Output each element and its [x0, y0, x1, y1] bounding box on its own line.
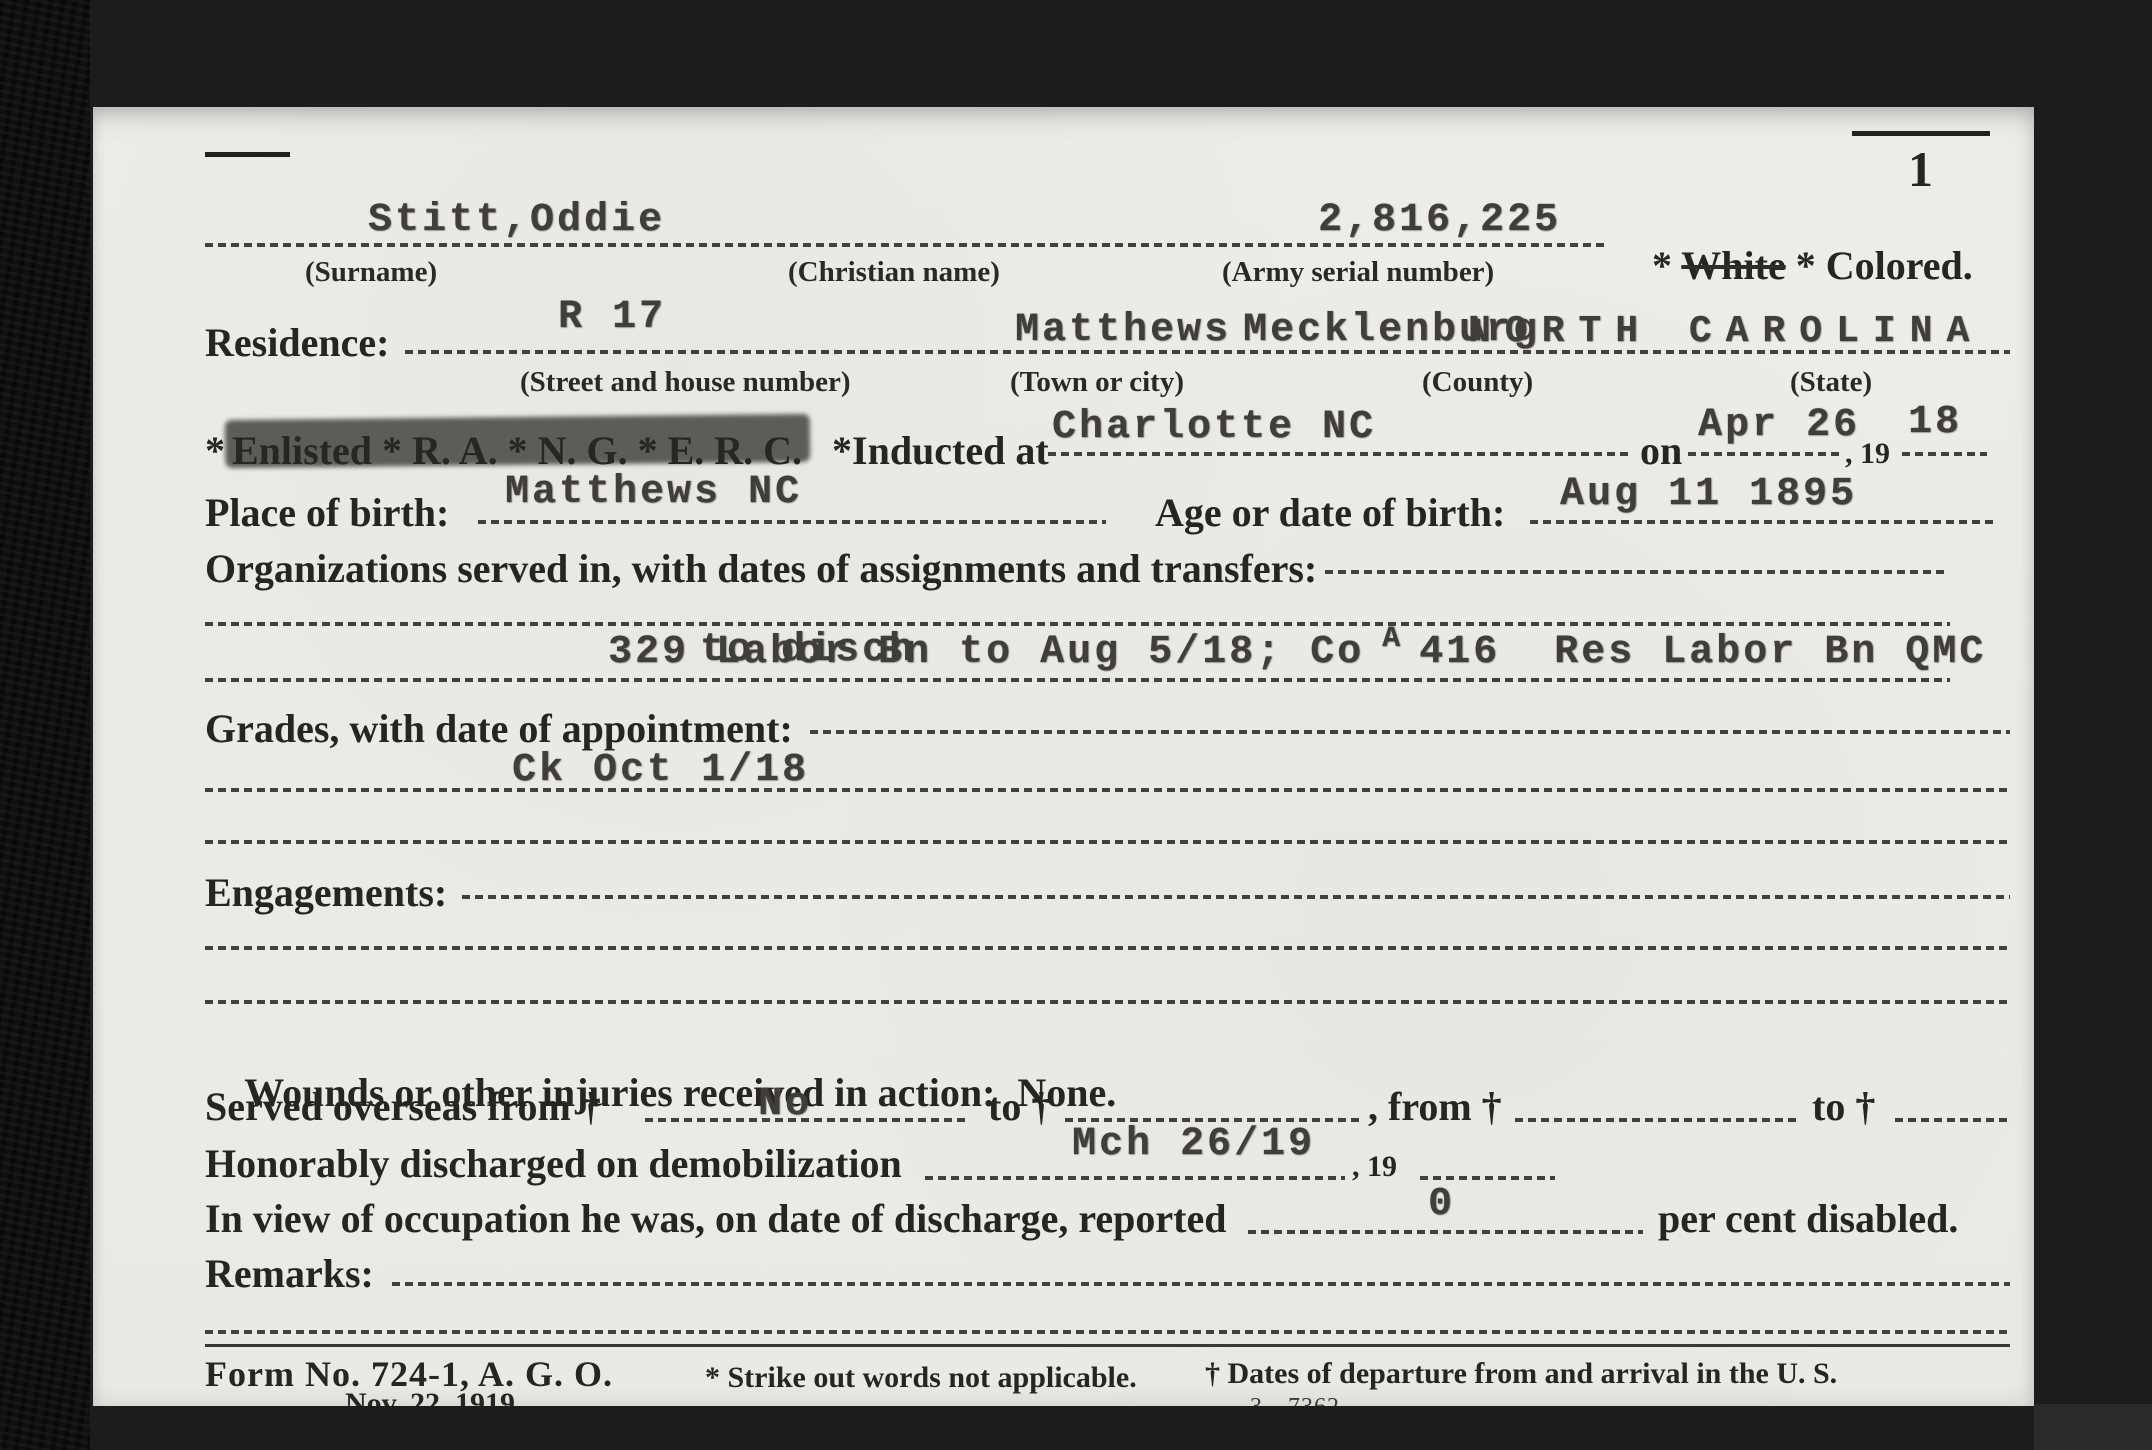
- christian-name-label: (Christian name): [788, 256, 1000, 289]
- grades-label: Grades, with date of appointment:: [205, 708, 793, 750]
- page-number: 1: [1908, 140, 1933, 198]
- corner-tick-right: [1852, 131, 1990, 136]
- dashed-line: [1248, 1230, 1643, 1234]
- dashed-line: [1530, 520, 1995, 524]
- race-colored: * Colored.: [1786, 243, 1973, 288]
- dagger-note: † Dates of departure from and arrival in…: [1205, 1358, 1837, 1390]
- print-code: 3—7362: [1250, 1394, 1340, 1406]
- county-label: (County): [1422, 366, 1533, 399]
- town-value: Matthews: [1015, 308, 1231, 353]
- dashed-line: [392, 1282, 2010, 1286]
- discharge-label: Honorably discharged on demobilization: [205, 1143, 902, 1185]
- dashed-line: [1515, 1118, 1800, 1122]
- race-prefix: *: [1652, 243, 1681, 288]
- dashed-line: [1902, 452, 1987, 456]
- grades-value: Ck Oct 1/18: [512, 748, 809, 793]
- dashed-line: [205, 788, 2010, 792]
- state-label: (State): [1790, 366, 1872, 399]
- place-of-birth-label: Place of birth:: [205, 492, 449, 534]
- corner-patch: [2034, 1404, 2152, 1450]
- dashed-line: [462, 895, 2010, 899]
- dashed-line: [1895, 1118, 2010, 1122]
- form-date: Nov. 22, 1919.: [345, 1388, 523, 1406]
- town-label: (Town or city): [1010, 366, 1184, 399]
- disability-label: In view of occupation he was, on date of…: [205, 1198, 1226, 1240]
- discharge-year-label: , 19: [1352, 1151, 1397, 1183]
- dashed-line: [1420, 1176, 1555, 1180]
- dashed-line: [205, 678, 1950, 682]
- induction-year-value: 18: [1908, 400, 1962, 445]
- dashed-line: [205, 946, 2010, 950]
- scan-background: { "page_number": "1", "name_row": { "nam…: [0, 0, 2152, 1450]
- footer-rule: [205, 1344, 2010, 1347]
- disability-value: 0: [1428, 1182, 1455, 1227]
- dashed-line: [205, 622, 1950, 626]
- overseas-to1-label: to †: [988, 1086, 1051, 1128]
- organizations-label: Organizations served in, with dates of a…: [205, 548, 1317, 590]
- age-value: Aug 11 1895: [1560, 472, 1857, 517]
- dashed-line: [205, 1330, 2010, 1334]
- on-label: on: [1640, 430, 1682, 472]
- overseas-from2-label: , from †: [1368, 1086, 1502, 1128]
- enlisted-asterisk: *: [205, 430, 225, 472]
- strike-note: * Strike out words not applicable.: [705, 1362, 1137, 1394]
- dashed-line: [925, 1176, 1345, 1180]
- dashed-line: [478, 520, 1106, 524]
- organizations-company-sup: A: [1382, 622, 1403, 656]
- organizations-line1-post: 416 Res Labor Bn QMC: [1419, 630, 1986, 675]
- overseas-label: Served overseas from †: [205, 1086, 601, 1128]
- dashed-line: [205, 1000, 2010, 1004]
- year-19-label: , 19: [1845, 438, 1890, 470]
- street-label: (Street and house number): [520, 366, 851, 399]
- age-label: Age or date of birth:: [1155, 492, 1505, 534]
- state-value: NORTH CAROLINA: [1468, 310, 1983, 353]
- surname-label: (Surname): [305, 256, 437, 289]
- film-edge-strip: [0, 0, 90, 1450]
- army-serial-label: (Army serial number): [1222, 256, 1494, 289]
- dashed-line: [1325, 570, 1945, 574]
- residence-label: Residence:: [205, 322, 389, 364]
- race-white-struck: White: [1681, 243, 1785, 288]
- place-of-birth-value: Matthews NC: [505, 470, 802, 515]
- induction-date-value: Apr 26: [1698, 403, 1860, 448]
- army-serial-value: 2,816,225: [1318, 198, 1561, 243]
- street-value: R 17: [558, 295, 666, 340]
- dashed-line: [205, 840, 2010, 844]
- dashed-line: [205, 243, 1605, 247]
- dashed-line: [1048, 452, 1628, 456]
- disability-suffix: per cent disabled.: [1658, 1198, 1958, 1240]
- organizations-line2: to disch: [700, 628, 916, 673]
- overseas-from1-value: No: [758, 1082, 812, 1127]
- service-record-card: 1 Stitt,Oddie 2,816,225 * White * Colore…: [93, 107, 2034, 1406]
- dashed-line: [1688, 452, 1840, 456]
- blackout-smudge: [225, 414, 810, 468]
- corner-tick-left: [205, 152, 290, 157]
- induction-place-value: Charlotte NC: [1052, 405, 1376, 450]
- surname-christian-value: Stitt,Oddie: [368, 198, 665, 243]
- overseas-to2-label: to †: [1812, 1086, 1875, 1128]
- dashed-line: [810, 730, 2010, 734]
- engagements-label: Engagements:: [205, 872, 447, 914]
- inducted-at-label: *Inducted at: [832, 430, 1049, 472]
- discharge-date-value: Mch 26/19: [1072, 1122, 1315, 1167]
- remarks-label: Remarks:: [205, 1253, 374, 1295]
